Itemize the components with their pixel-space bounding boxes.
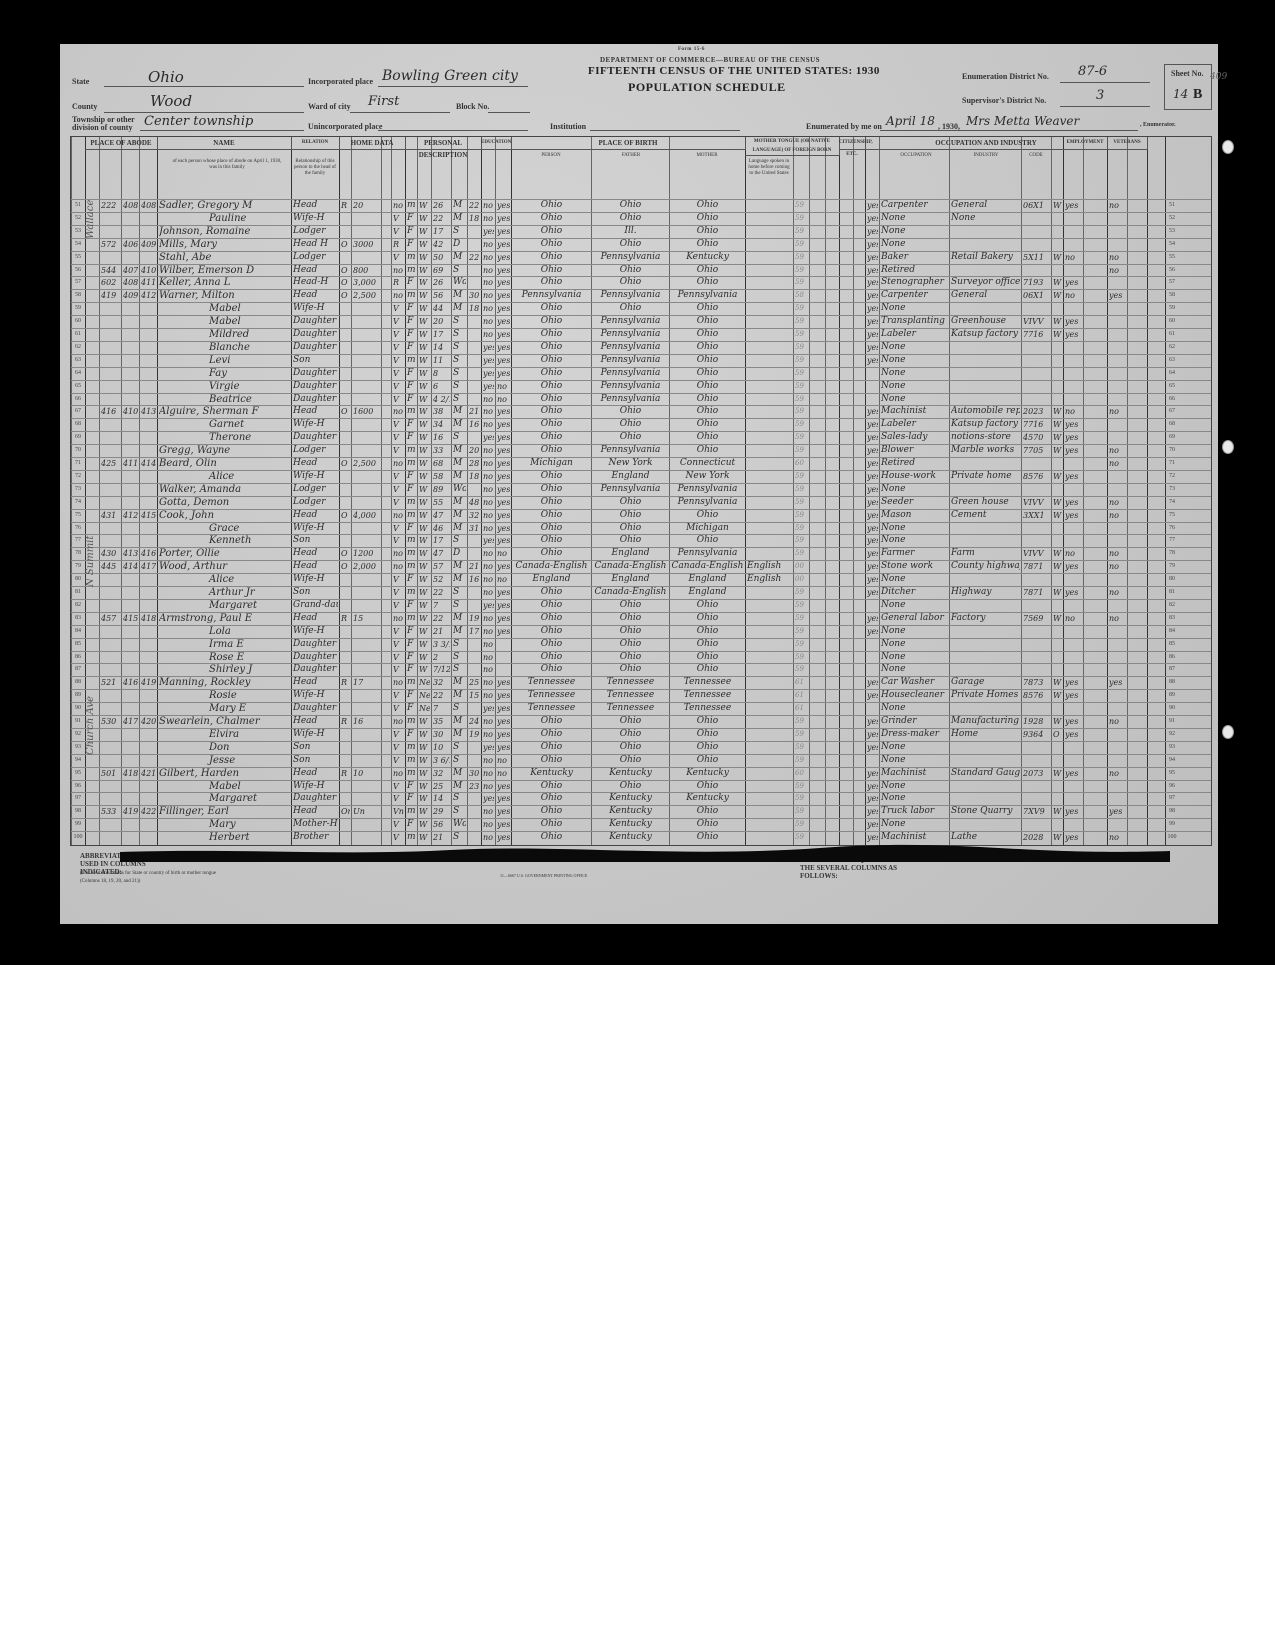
cell-occupation: None [881, 393, 948, 406]
cell-occupation: Sales-lady [881, 431, 948, 444]
cell-birth: Ohio [513, 405, 590, 418]
cell-code: 59 [795, 380, 808, 393]
cell-tenure: R [341, 676, 350, 689]
cell-occupation: None [881, 522, 948, 535]
cell-value: 3000 [353, 238, 380, 251]
cell-birth: Ohio [513, 547, 590, 560]
cell-school: no [483, 522, 494, 535]
cell-race: W [419, 212, 430, 225]
cell-sex: F [407, 212, 416, 225]
cell-race: W [419, 264, 430, 277]
cell-marital: S [453, 367, 466, 380]
cell-occ-code: 8576 [1023, 689, 1050, 702]
cell-father: England [593, 547, 668, 560]
cell-employed: yes [1065, 805, 1082, 818]
cell-age: 25 [433, 780, 450, 793]
cell-father: Ohio [593, 728, 668, 741]
cell-industry: Katsup factory [951, 328, 1020, 341]
cell-read: yes [497, 328, 510, 341]
cell-code: 00 [795, 573, 808, 586]
cell-radio: V [393, 522, 404, 535]
cell-race: W [419, 509, 430, 522]
cell-dwelling: 411 [123, 457, 138, 470]
cell-vet: no [1109, 586, 1126, 599]
cell-radio: V [393, 444, 404, 457]
cell-industry: Green house [951, 496, 1020, 509]
cell-school: no [483, 302, 494, 315]
cell-school: no [483, 444, 494, 457]
cell-read: yes [497, 741, 510, 754]
cell-mother: Ohio [671, 715, 744, 728]
cell-father: Ohio [593, 651, 668, 664]
cell-mother: Michigan [671, 522, 744, 535]
cell-work: yes [867, 418, 878, 431]
cell-race: W [419, 367, 430, 380]
cell-employed: yes [1065, 315, 1082, 328]
cell-class: W [1053, 315, 1062, 328]
cell-work: yes [867, 534, 878, 547]
table-row: 92ElviraWife-HVFW30M19noyesOhioOhioOhio5… [71, 728, 1179, 741]
cell-relation: Head [293, 547, 338, 560]
cell-occupation: Truck labor [881, 805, 948, 818]
cell-sex: m [407, 534, 416, 547]
cell-line: 85 [71, 638, 85, 651]
cell-marital: D [453, 547, 466, 560]
cell-mother: Ohio [671, 612, 744, 625]
cell-school: no [483, 547, 494, 560]
cell-sex: F [407, 431, 416, 444]
cell-vet: yes [1109, 676, 1126, 689]
cell-relation: Lodger [293, 444, 338, 457]
cell-occ-code: 7871 [1023, 560, 1050, 573]
cell-radio: no [393, 715, 404, 728]
table-row: 86Rose EDaughterVFW2SnoOhioOhioOhio59Non… [71, 651, 1179, 664]
cell-race: W [419, 328, 430, 341]
table-row: 55Stahl, AbeLodgerVmW50M22noyesOhioPenns… [71, 251, 1179, 264]
cell-family: 414 [141, 457, 156, 470]
table-row: 94JesseSonVmW3 6/12SnonoOhioOhioOhio59No… [71, 754, 1179, 767]
cell-read: yes [497, 496, 510, 509]
cell-relation: Mother-H [293, 818, 338, 831]
cell-relation: Son [293, 534, 338, 547]
cell-rline: 86 [1165, 651, 1179, 664]
cell-birth: Ohio [513, 818, 590, 831]
cell-age: 46 [433, 522, 450, 535]
cell-school: no [483, 509, 494, 522]
cell-marital: S [453, 792, 466, 805]
cell-vet: no [1109, 612, 1126, 625]
cell-marital: M [453, 470, 466, 483]
cell-birth: Ohio [513, 418, 590, 431]
cell-work: yes [867, 792, 878, 805]
cell-race: W [419, 251, 430, 264]
cell-read: yes [497, 457, 510, 470]
cell-work: yes [867, 444, 878, 457]
cell-code: 59 [795, 612, 808, 625]
cell-age: 14 [433, 341, 450, 354]
cell-line: 93 [71, 741, 85, 754]
cell-sex: F [407, 470, 416, 483]
cell-mother: Ohio [671, 431, 744, 444]
column-group-header: RELATION [291, 137, 340, 150]
cell-code: 59 [795, 534, 808, 547]
cell-marital: S [453, 225, 466, 238]
cell-house: 416 [101, 405, 120, 418]
cell-mother: Kentucky [671, 767, 744, 780]
cell-birth: Ohio [513, 792, 590, 805]
cell-relation: Wife-H [293, 625, 338, 638]
cell-occupation: None [881, 818, 948, 831]
block-field [488, 98, 530, 113]
cell-age: 4 2/12 [433, 393, 450, 406]
cell-sex: m [407, 264, 416, 277]
cell-code: 00 [795, 560, 808, 573]
cell-age: 58 [433, 470, 450, 483]
cell-relation: Wife-H [293, 212, 338, 225]
cell-age: 20 [433, 315, 450, 328]
cell-race: W [419, 767, 430, 780]
cell-father: Pennsylvania [593, 367, 668, 380]
cell-marital: S [453, 393, 466, 406]
cell-relation: Daughter [293, 702, 338, 715]
cell-school: yes [483, 354, 494, 367]
cell-house: 425 [101, 457, 120, 470]
cell-line: 82 [71, 599, 85, 612]
population-table: PLACE OF ABODENAMERELATIONHOME DATAPERSO… [70, 136, 1212, 846]
cell-class: W [1053, 251, 1062, 264]
cell-relation: Son [293, 354, 338, 367]
cell-occ-code: 06X1 [1023, 289, 1050, 302]
cell-occ-code: 7871 [1023, 586, 1050, 599]
cell-school: no [483, 638, 494, 651]
cell-age: 7 [433, 599, 450, 612]
cell-mother: England [671, 573, 744, 586]
cell-name: Keller, Anna L [159, 276, 290, 289]
cell-birth: Tennessee [513, 689, 590, 702]
cell-value: 2,000 [353, 560, 380, 573]
cell-birth: Ohio [513, 728, 590, 741]
cell-occupation: None [881, 573, 948, 586]
cell-occupation: None [881, 380, 948, 393]
cell-relation: Head-H [293, 276, 338, 289]
cell-age-mar: 23 [469, 780, 480, 793]
cell-race: W [419, 715, 430, 728]
cell-occupation: Car Washer [881, 676, 948, 689]
cell-occupation: Blower [881, 444, 948, 457]
cell-marital: S [453, 638, 466, 651]
cell-occupation: Retired [881, 457, 948, 470]
table-row: 77KennethSonVmW17SyesyesOhioOhioOhio59ye… [71, 534, 1179, 547]
table-row: 64FayDaughterVFW8SyesyesOhioPennsylvania… [71, 367, 1179, 380]
cell-radio: V [393, 818, 404, 831]
cell-mother: Ohio [671, 754, 744, 767]
cell-age-mar: 19 [469, 728, 480, 741]
cell-race: W [419, 470, 430, 483]
cell-code: 59 [795, 483, 808, 496]
cell-sex: m [407, 741, 416, 754]
cell-mother: Ohio [671, 354, 744, 367]
cell-rline: 81 [1165, 586, 1179, 599]
cell-school: yes [483, 225, 494, 238]
cell-radio: V [393, 534, 404, 547]
cell-mother: Ohio [671, 328, 744, 341]
cell-relation: Wife-H [293, 573, 338, 586]
table-row: 98533419422Fillinger, EarlHeadOnUnVnomW2… [71, 805, 1179, 818]
cell-industry: Factory [951, 612, 1020, 625]
cell-industry: Surveyor office [951, 276, 1020, 289]
cell-line: 87 [71, 663, 85, 676]
cell-work: yes [867, 509, 878, 522]
cell-age: 11 [433, 354, 450, 367]
cell-family: 410 [141, 264, 156, 277]
table-row: 51222408408Sadler, Gregory MHeadR20nomW2… [71, 199, 1179, 212]
cell-line: 67 [71, 405, 85, 418]
cell-rline: 60 [1165, 315, 1179, 328]
cell-occupation: None [881, 302, 948, 315]
cell-race: W [419, 354, 430, 367]
cell-mother: Ohio [671, 380, 744, 393]
cell-code: 59 [795, 792, 808, 805]
cell-vet: no [1109, 509, 1126, 522]
cell-mother: New York [671, 470, 744, 483]
cell-radio: no [393, 547, 404, 560]
cell-read: no [497, 393, 510, 406]
cell-father: Ohio [593, 715, 668, 728]
cell-read: yes [497, 405, 510, 418]
cell-relation: Head [293, 767, 338, 780]
sheet-label: Sheet No. [1171, 69, 1203, 78]
cell-birth: Ohio [513, 651, 590, 664]
cell-radio: no [393, 405, 404, 418]
cell-radio: V [393, 702, 404, 715]
cell-marital: S [453, 341, 466, 354]
cell-line: 60 [71, 315, 85, 328]
cell-relation: Head [293, 405, 338, 418]
cell-vet: no [1109, 405, 1126, 418]
cell-code: 59 [795, 728, 808, 741]
cell-work: yes [867, 560, 878, 573]
cell-occupation: None [881, 483, 948, 496]
cell-mother: Ohio [671, 264, 744, 277]
cell-line: 62 [71, 341, 85, 354]
cell-line: 99 [71, 818, 85, 831]
cell-father: England [593, 470, 668, 483]
cell-employed: yes [1065, 328, 1082, 341]
cell-mother: Pennsylvania [671, 547, 744, 560]
cell-marital: M [453, 625, 466, 638]
cell-sex: F [407, 792, 416, 805]
table-row: 75431412415Cook, JohnHeadO4,000nomW47M32… [71, 509, 1179, 522]
table-row: 90Mary EDaughterVFNeg7SyesyesTennesseeTe… [71, 702, 1179, 715]
enumeration-district-value: 87-6 [1078, 64, 1107, 79]
cell-line: 58 [71, 289, 85, 302]
cell-relation: Head [293, 264, 338, 277]
cell-line: 66 [71, 393, 85, 406]
cell-rline: 85 [1165, 638, 1179, 651]
cell-code: 59 [795, 251, 808, 264]
cell-read: yes [497, 534, 510, 547]
cell-employed: yes [1065, 715, 1082, 728]
cell-marital: M [453, 199, 466, 212]
cell-school: no [483, 393, 494, 406]
cell-birth: Ohio [513, 367, 590, 380]
cell-relation: Daughter [293, 431, 338, 444]
cell-code: 59 [795, 470, 808, 483]
cell-father: Ohio [593, 754, 668, 767]
table-row: 87Shirley JDaughterVFW7/12SnoOhioOhioOhi… [71, 663, 1179, 676]
column-group-header: PLACE OF ABODE [85, 137, 158, 150]
department-title: DEPARTMENT OF COMMERCE—BUREAU OF THE CEN… [600, 56, 820, 64]
cell-marital: M [453, 444, 466, 457]
cell-value: 16 [353, 715, 380, 728]
cell-code: 59 [795, 780, 808, 793]
cell-work: yes [867, 457, 878, 470]
table-row: 68GarnetWife-HVFW34M16noyesOhioOhioOhio5… [71, 418, 1179, 431]
cell-work: yes [867, 547, 878, 560]
cell-school: no [483, 457, 494, 470]
institution-label: Institution [550, 122, 586, 131]
cell-father: Pennsylvania [593, 315, 668, 328]
cell-line: 83 [71, 612, 85, 625]
cell-marital: M [453, 689, 466, 702]
cell-birth: Ohio [513, 354, 590, 367]
table-row: 58419409412Warner, MiltonHeadO2,500nomW5… [71, 289, 1179, 302]
table-row: 57602408411Keller, Anna LHead-HO3,000RFW… [71, 276, 1179, 289]
table-row: 95501418421Gilbert, HardenHeadR10nomW32M… [71, 767, 1179, 780]
cell-relation: Head [293, 560, 338, 573]
cell-read: yes [497, 792, 510, 805]
cell-school: no [483, 483, 494, 496]
cell-age: 26 [433, 276, 450, 289]
cell-father: Ohio [593, 418, 668, 431]
table-row: 74Gotta, DemonLodgerVmW55M48noyesOhioOhi… [71, 496, 1179, 509]
cell-code: 59 [795, 315, 808, 328]
cell-age: 56 [433, 818, 450, 831]
cell-school: no [483, 405, 494, 418]
cell-father: Ohio [593, 638, 668, 651]
cell-marital: S [453, 264, 466, 277]
cell-father: England [593, 573, 668, 586]
cell-work: yes [867, 741, 878, 754]
cell-code: 61 [795, 676, 808, 689]
cell-birth: Ohio [513, 393, 590, 406]
cell-marital: M [453, 676, 466, 689]
cell-code: 59 [795, 651, 808, 664]
cell-school: no [483, 818, 494, 831]
enumerated-date: April 18 [886, 114, 935, 128]
cell-value: 17 [353, 676, 380, 689]
cell-house: 501 [101, 767, 120, 780]
cell-occupation: None [881, 780, 948, 793]
cell-marital: S [453, 328, 466, 341]
cell-tenure: O [341, 509, 350, 522]
cell-read: yes [497, 612, 510, 625]
cell-birth: Ohio [513, 754, 590, 767]
cell-house: 222 [101, 199, 120, 212]
cell-race: W [419, 534, 430, 547]
cell-marital: S [453, 354, 466, 367]
cell-radio: no [393, 676, 404, 689]
cell-father: Ohio [593, 302, 668, 315]
cell-father: Tennessee [593, 702, 668, 715]
cell-line: 56 [71, 264, 85, 277]
cell-race: Neg [419, 676, 430, 689]
cell-code: 59 [795, 715, 808, 728]
cell-read: no [497, 754, 510, 767]
cell-work: yes [867, 405, 878, 418]
cell-father: Tennessee [593, 689, 668, 702]
cell-marital: M [453, 496, 466, 509]
sheet-side: B [1193, 87, 1203, 103]
cell-employed: yes [1065, 276, 1082, 289]
cell-age: 35 [433, 715, 450, 728]
cell-tenure: O [341, 238, 350, 251]
cell-rline: 59 [1165, 302, 1179, 315]
cell-line: 53 [71, 225, 85, 238]
cell-age: 56 [433, 289, 450, 302]
cell-mother: Kentucky [671, 251, 744, 264]
cell-industry: Home [951, 728, 1020, 741]
cell-race: W [419, 599, 430, 612]
column-header-industry: INDUSTRY [961, 153, 1011, 159]
cell-sex: F [407, 702, 416, 715]
cell-age-mar: 22 [469, 251, 480, 264]
cell-work: yes [867, 676, 878, 689]
cell-birth: Ohio [513, 315, 590, 328]
cell-name: Gregg, Wayne [159, 444, 290, 457]
cell-father: Kentucky [593, 767, 668, 780]
cell-sex: m [407, 405, 416, 418]
cell-father: New York [593, 457, 668, 470]
cell-sex: m [407, 715, 416, 728]
cell-school: no [483, 199, 494, 212]
cell-employed: yes [1065, 586, 1082, 599]
cell-sex: F [407, 418, 416, 431]
cell-rline: 68 [1165, 418, 1179, 431]
binder-hole [1222, 725, 1234, 739]
cell-employed: yes [1065, 444, 1082, 457]
cell-birth: Ohio [513, 625, 590, 638]
table-row: 53Johnson, RomaineLodgerVFW17SyesyesOhio… [71, 225, 1179, 238]
cell-marital: Wd [453, 276, 466, 289]
cell-family: 411 [141, 276, 156, 289]
cell-marital: Wd [453, 483, 466, 496]
cell-read: yes [497, 289, 510, 302]
cell-occupation: Housecleaner [881, 689, 948, 702]
cell-school: no [483, 689, 494, 702]
cell-line: 71 [71, 457, 85, 470]
cell-age-mar: 48 [469, 496, 480, 509]
cell-occupation: None [881, 792, 948, 805]
cell-occupation: None [881, 651, 948, 664]
cell-school: no [483, 418, 494, 431]
cell-mother: Ohio [671, 393, 744, 406]
cell-mother: Ohio [671, 741, 744, 754]
cell-race: W [419, 792, 430, 805]
cell-occupation: House-work [881, 470, 948, 483]
cell-occupation: Labeler [881, 328, 948, 341]
cell-read: yes [497, 431, 510, 444]
cell-marital: M [453, 573, 466, 586]
cell-age: 89 [433, 483, 450, 496]
cell-name: Stahl, Abe [159, 251, 290, 264]
column-header-language: Language spoken in home before coming to… [747, 159, 791, 177]
cell-line: 97 [71, 792, 85, 805]
cell-sex: m [407, 199, 416, 212]
cell-read: yes [497, 225, 510, 238]
cell-age: 22 [433, 212, 450, 225]
cell-class: W [1053, 805, 1062, 818]
